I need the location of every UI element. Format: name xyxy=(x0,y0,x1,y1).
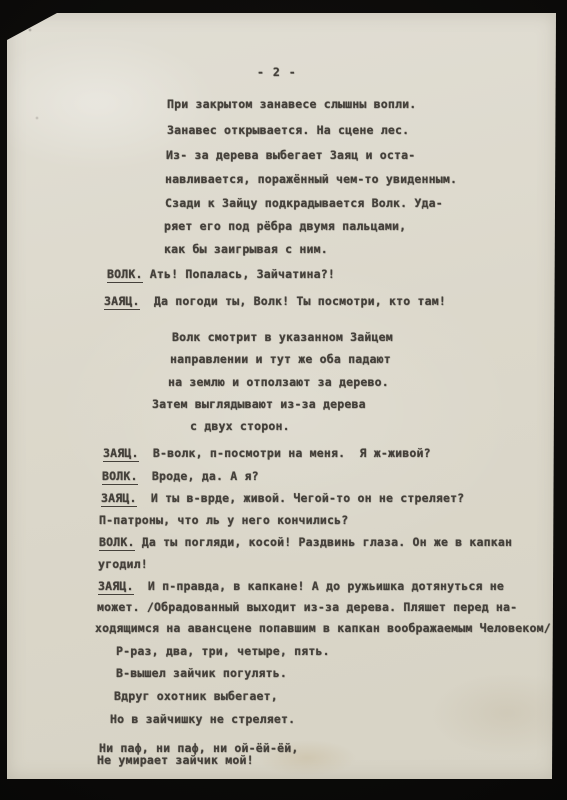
script-line: При закрытом занавесе слышны вопли. xyxy=(167,97,416,111)
dialogue-text: В-волк, п-посмотри на меня. Я ж-живой? xyxy=(139,446,431,460)
dialogue-text: Да погоди ты, Волк! Ты посмотри, кто там… xyxy=(140,294,446,308)
script-line: Затем выглядывают из-за дерева xyxy=(152,397,366,411)
dialogue-text: Ать! Попалась, Зайчатина?! xyxy=(143,267,335,281)
dialogue-line: ЗАЯЦ. И п-правда, в капкане! А до ружьиш… xyxy=(98,579,504,593)
speaker-name: ЗАЯЦ. xyxy=(104,294,140,310)
script-line: как бы заигрывая с ним. xyxy=(164,242,328,256)
speaker-name: ЗАЯЦ. xyxy=(101,491,137,507)
script-line: может. /Обрадованный выходит из-за дерев… xyxy=(97,600,517,614)
script-line: ряет его под рёбра двумя пальцами, xyxy=(164,219,406,233)
dialogue-line: ЗАЯЦ. В-волк, п-посмотри на меня. Я ж-жи… xyxy=(103,446,431,460)
dialogue-line: ВОЛК. Ать! Попалась, Зайчатина?! xyxy=(107,267,335,281)
speaker-name: ВОЛК. xyxy=(99,535,135,551)
script-line: направлении и тут же оба падают xyxy=(170,352,391,366)
dialogue-line: ЗАЯЦ. Да погоди ты, Волк! Ты посмотри, к… xyxy=(104,294,446,308)
dialogue-line: ЗАЯЦ. И ты в-врде, живой. Чегой-то он не… xyxy=(101,491,464,505)
page-number: - 2 - xyxy=(257,65,297,79)
speaker-name: ВОЛК. xyxy=(107,267,143,283)
speaker-name: ЗАЯЦ. xyxy=(98,579,134,595)
script-line: Вдруг охотник выбегает, xyxy=(114,689,278,703)
script-line: В-вышел зайчик погулять. xyxy=(116,666,287,680)
dialogue-text: И п-правда, в капкане! А до ружьишка дот… xyxy=(134,579,504,593)
script-line: Р-раз, два, три, четыре, пять. xyxy=(116,644,330,658)
script-line: П-патроны, что ль у него кончились? xyxy=(99,513,348,527)
script-line: Занавес открывается. На сцене лес. xyxy=(167,123,409,137)
script-line: Сзади к Зайцу подкрадывается Волк. Уда- xyxy=(165,196,443,210)
script-line: угодил! xyxy=(98,557,148,571)
script-line: Волк смотрит в указанном Зайцем xyxy=(172,330,393,344)
script-line: Но в зайчишку не стреляет. xyxy=(110,712,295,726)
dialogue-line: ВОЛК. Да ты погляди, косой! Раздвинь гла… xyxy=(99,535,512,549)
speaker-name: ВОЛК. xyxy=(102,469,138,485)
dialogue-text: Вроде, да. А я? xyxy=(138,469,259,483)
script-line: Не умирает зайчик мой! xyxy=(97,753,254,767)
dialogue-line: ВОЛК. Вроде, да. А я? xyxy=(102,469,259,483)
dialogue-text: Да ты погляди, косой! Раздвинь глаза. Он… xyxy=(135,535,513,549)
speaker-name: ЗАЯЦ. xyxy=(103,446,139,462)
script-line: Из- за дерева выбегает Заяц и оста- xyxy=(166,148,415,162)
dialogue-text: И ты в-врде, живой. Чегой-то он не стрел… xyxy=(137,491,465,505)
script-line: на землю и отползают за дерево. xyxy=(168,375,389,389)
scanner-background: - 2 - При закрытом занавесе слышны вопли… xyxy=(0,0,567,800)
script-line: с двух сторон. xyxy=(190,419,290,433)
script-line: ходящимся на авансцене попавшим в капкан… xyxy=(95,621,551,635)
script-line: навливается, поражённый чем-то увиденным… xyxy=(165,172,457,186)
